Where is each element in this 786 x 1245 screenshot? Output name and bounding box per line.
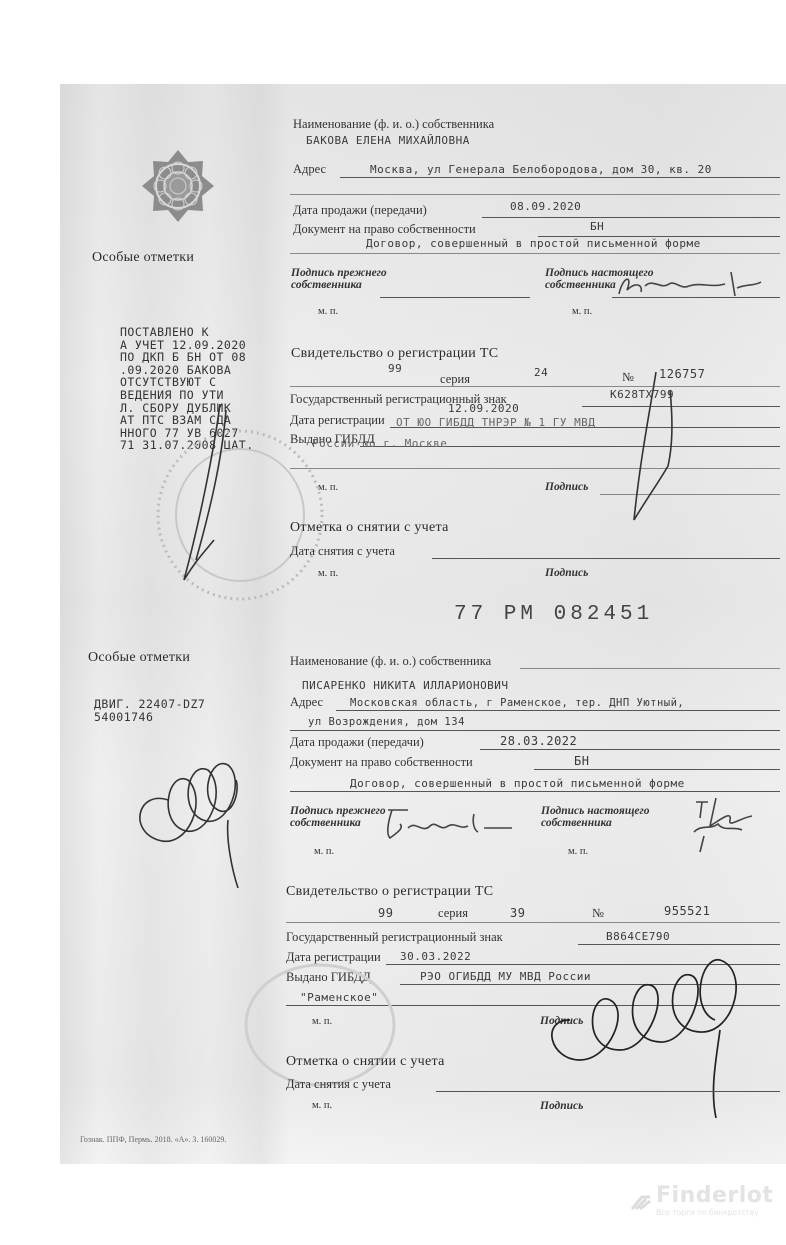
prev-owner-sig-rule (380, 297, 530, 298)
address-value-2b: ул Возрождения, дом 134 (308, 716, 465, 728)
dereg-date-rule (436, 1091, 780, 1092)
finderlot-logo-icon (628, 1187, 654, 1213)
emblem-rosette-icon (140, 148, 216, 224)
signature-label-1b: Подпись (545, 567, 588, 579)
ownership-doc-rule-2 (290, 253, 780, 254)
ownership-doc-value-2: БН (574, 754, 589, 768)
cert-series-label-1: серия (440, 372, 470, 387)
scribble-signature-icon (540, 950, 760, 1120)
special-notes-heading-2: Особые отметки (88, 650, 190, 666)
stamp-place-1b: м. п. (572, 306, 592, 317)
handwritten-signature-icon (378, 804, 518, 842)
ownership-doc-rule-2 (290, 791, 780, 792)
ownership-doc-value-1: БН (590, 220, 604, 233)
note-line: ПОСТАВЛЕНО К (120, 326, 254, 339)
round-stamp-icon (240, 960, 400, 1090)
owner-name-label-1: Наименование (ф. и. о.) собственника (293, 117, 494, 132)
special-notes-2: ДВИГ. 22407-DZ7 54001746 (94, 698, 205, 723)
stamp-place-2d: м. п. (312, 1100, 332, 1111)
passport-serial-number: 77 PM 082451 (454, 603, 653, 626)
note-line: ДВИГ. 22407-DZ7 (94, 698, 205, 711)
sale-date-value-1: 08.09.2020 (510, 200, 581, 213)
owner-name-label-2: Наименование (ф. и. о.) собственника (290, 654, 491, 669)
prev-owner-sig-label-1: Подпись прежнего собственника (291, 267, 387, 291)
dereg-date-label-1: Дата снятия с учета (290, 544, 395, 559)
dereg-date-label-2: Дата снятия с учета (286, 1077, 391, 1092)
signature-label-2b: Подпись (540, 1100, 583, 1112)
cert-series-value-1: 24 (534, 366, 548, 379)
special-notes-heading-1: Особые отметки (92, 250, 194, 266)
plate-rule (582, 406, 780, 407)
address-value-2a: Московская область, г Раменское, тер. ДН… (350, 697, 684, 709)
dereg-date-rule (432, 558, 780, 559)
issued-by-value-1b: России по г. Москве (312, 437, 447, 450)
address-label-2: Адрес (290, 695, 323, 710)
dereg-heading-1: Отметка о снятии с учета (290, 520, 449, 536)
reg-date-value-1: 12.09.2020 (448, 402, 519, 415)
issued-by-value-1a: ОТ ЮО ГИБДД ТНРЭР № 1 ГУ МВД (396, 416, 595, 429)
sale-date-rule (480, 749, 780, 750)
stamp-place-1a: м. п. (318, 306, 338, 317)
address-label-1: Адрес (293, 162, 326, 177)
note-line: 54001746 (94, 711, 205, 724)
cert-number-value-2: 955521 (664, 904, 710, 918)
plate-value-2: В864СЕ790 (606, 930, 670, 943)
sale-date-label-2: Дата продажи (передачи) (290, 735, 424, 750)
handwritten-signature-icon (680, 796, 770, 856)
cert-region-2: 99 (378, 906, 393, 920)
printer-imprint: Гознак. ППФ, Пермь. 2018. «А». 3. 160029… (80, 1135, 226, 1144)
address-rule-2 (290, 194, 780, 195)
watermark-brand: Finderlot (656, 1183, 773, 1208)
address-value-1: Москва, ул Генерала Белобородова, дом 30… (370, 163, 712, 176)
signature-label-1: Подпись (545, 481, 588, 493)
reg-cert-heading-2: Свидетельство о регистрации ТС (286, 884, 493, 900)
address-rule (336, 710, 780, 711)
handwritten-signature-icon (615, 268, 765, 304)
label-line: Подпись прежнего (291, 267, 387, 279)
label-line: собственника (291, 279, 387, 291)
note-line: ПО ДКП Б БН ОТ 08 (120, 351, 254, 364)
pen-stroke-icon (620, 370, 680, 530)
ownership-doc-label-2: Документ на право собственности (290, 755, 473, 770)
reg-cert-heading-1: Свидетельство о регистрации ТС (291, 346, 498, 362)
cert-region-1: 99 (388, 362, 402, 375)
cur-owner-sig-label-2: Подпись настоящего собственника (541, 805, 650, 829)
sale-date-label-1: Дата продажи (передачи) (293, 203, 427, 218)
cert-rule (290, 386, 780, 387)
plate-label-2: Государственный регистрационный знак (286, 930, 503, 945)
cert-rule (286, 922, 780, 923)
cert-series-value-2: 39 (510, 906, 525, 920)
address-rule (340, 177, 780, 178)
owner-name-rule (520, 668, 780, 669)
label-line: собственника (541, 817, 650, 829)
watermark-tagline: Все торги по банкротству (656, 1208, 773, 1217)
dereg-heading-2: Отметка о снятии с учета (286, 1054, 445, 1070)
ownership-doc-label-1: Документ на право собственности (293, 222, 476, 237)
issued-by-rule-2 (290, 468, 780, 469)
ownership-doc-rule (534, 769, 780, 770)
ownership-doc-desc-2: Договор, совершенный в простой письменно… (350, 777, 685, 790)
scribble-signature-icon (128, 740, 248, 890)
sale-date-value-2: 28.03.2022 (500, 734, 577, 748)
sale-date-rule (482, 217, 780, 218)
cert-series-label-2: серия (438, 906, 468, 921)
owner-name-value-1: БАКОВА ЕЛЕНА МИХАЙЛОВНА (306, 134, 470, 147)
plate-rule (578, 944, 780, 945)
pen-stroke-icon (170, 400, 250, 600)
stamp-place-2b: м. п. (568, 846, 588, 857)
label-line: Подпись прежнего (290, 805, 386, 817)
stamp-place-1d: м. п. (318, 568, 338, 579)
label-line: собственника (290, 817, 386, 829)
address-rule-2 (290, 730, 780, 731)
ownership-doc-desc-1: Договор, совершенный в простой письменно… (366, 237, 701, 250)
stamp-place-2a: м. п. (314, 846, 334, 857)
label-line: Подпись настоящего (541, 805, 650, 817)
prev-owner-sig-label-2: Подпись прежнего собственника (290, 805, 386, 829)
reg-date-value-2: 30.03.2022 (400, 950, 471, 963)
owner-name-value-2: ПИСАРЕНКО НИКИТА ИЛЛАРИОНОВИЧ (302, 679, 509, 692)
cert-number-sign-2: № (592, 906, 604, 921)
